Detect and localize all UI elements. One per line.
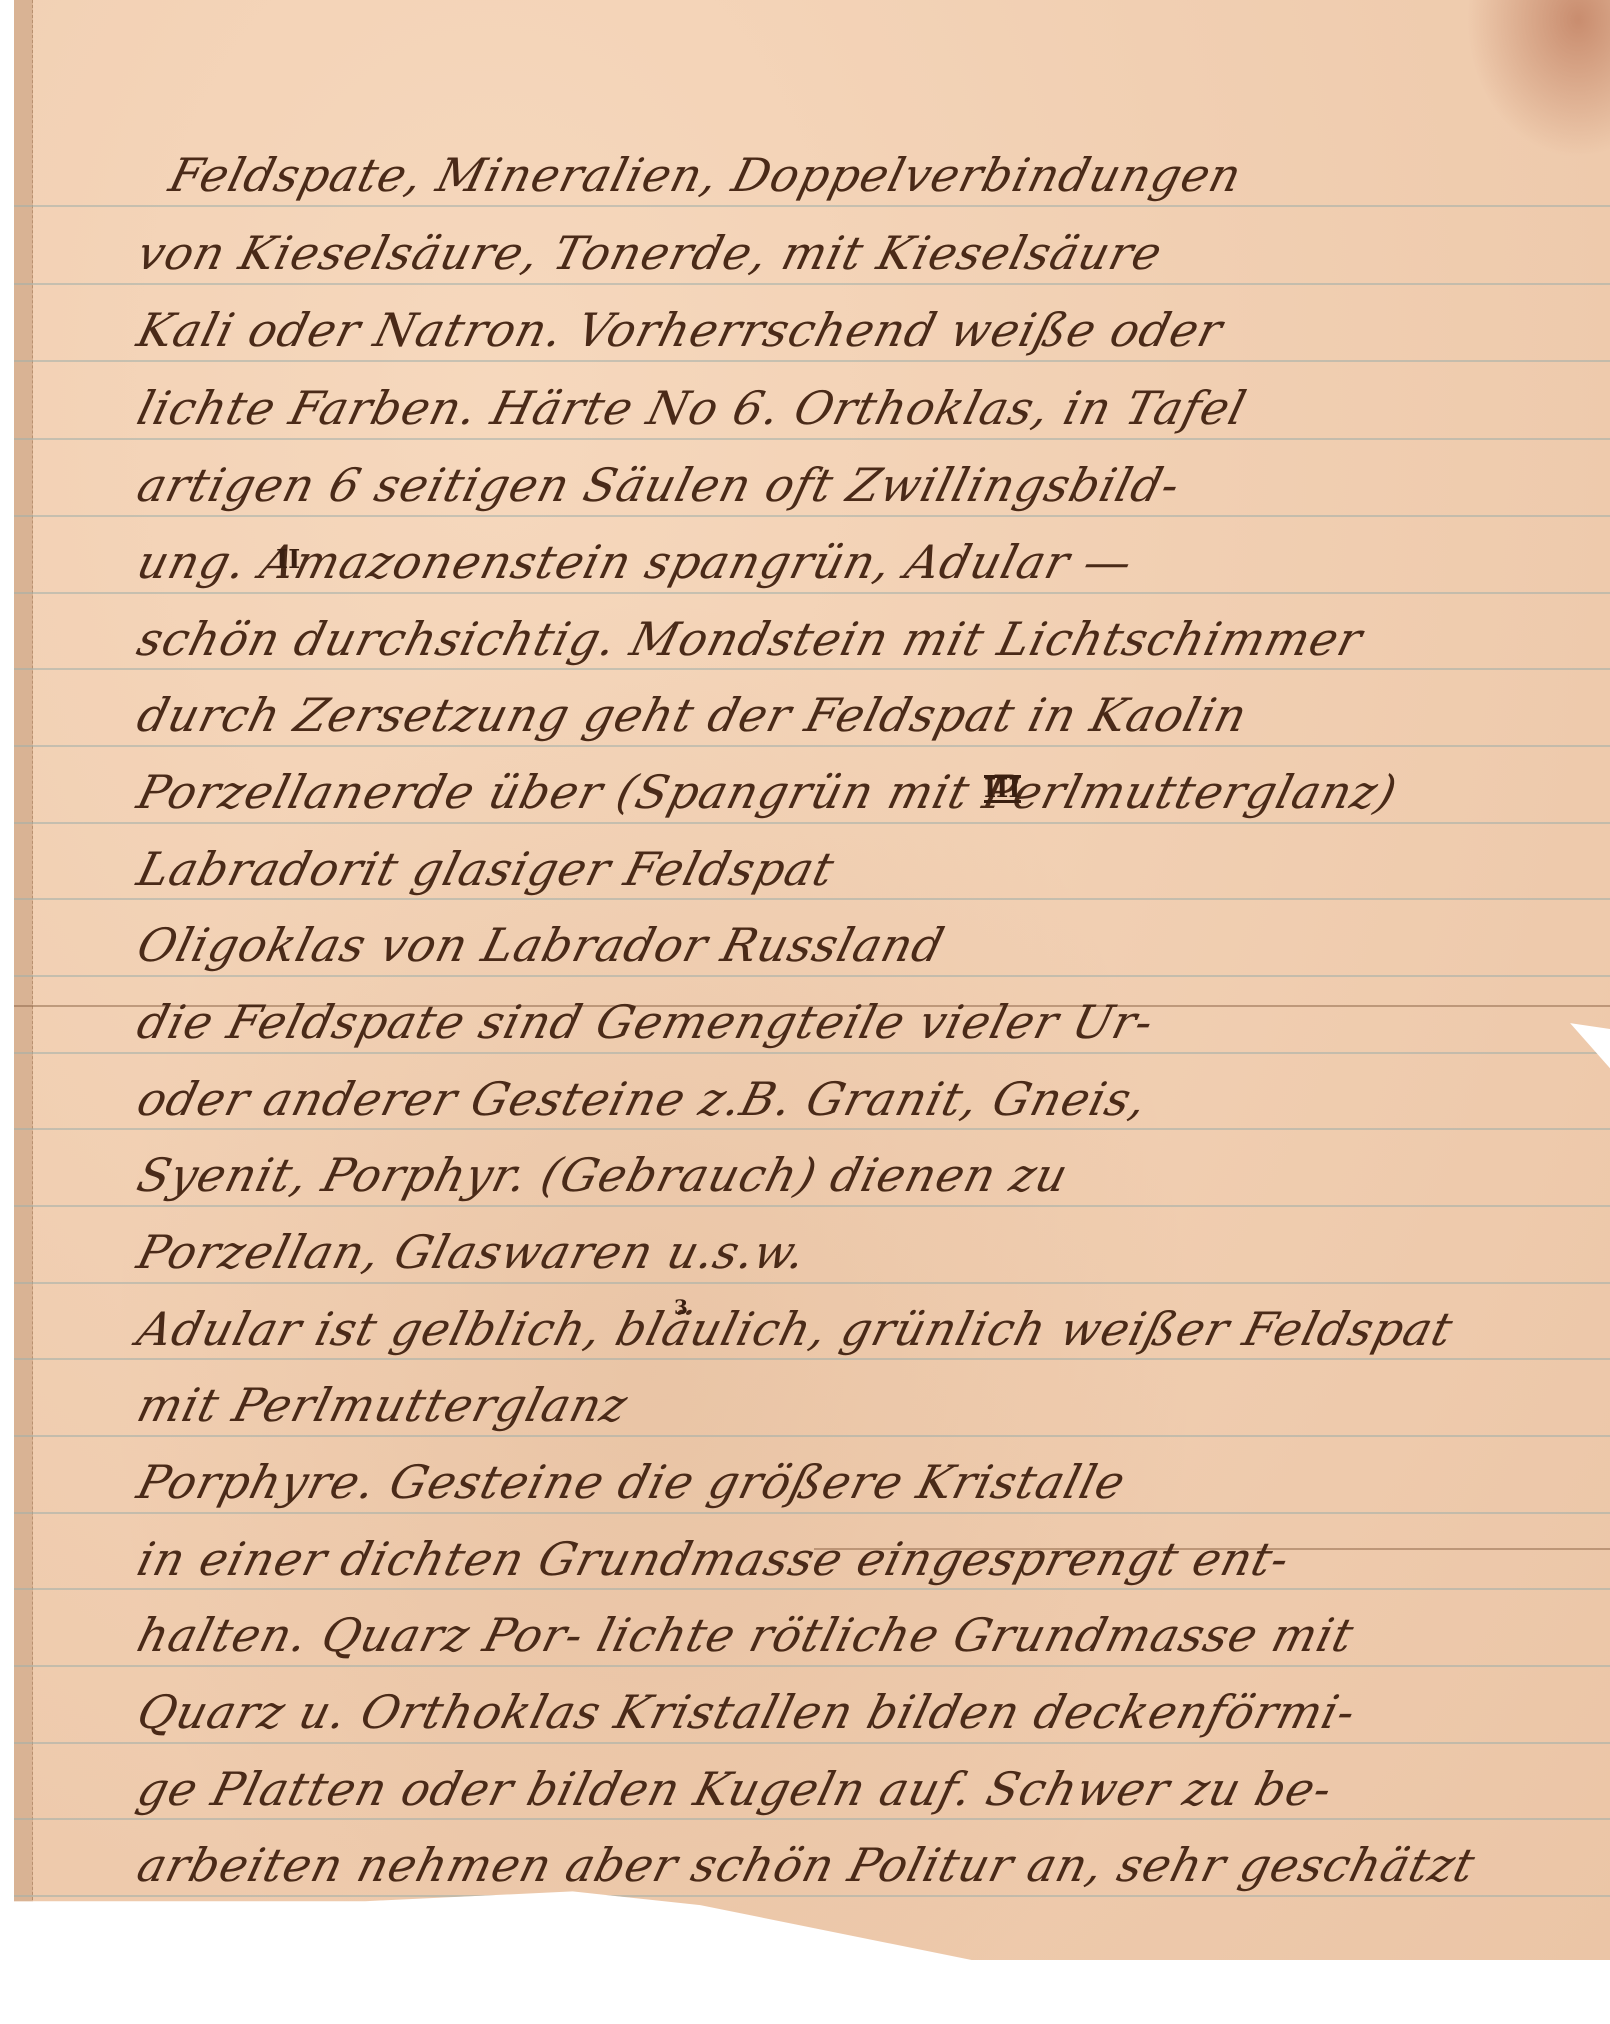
rule-line <box>14 360 1610 362</box>
handwritten-line: Feldspate, Mineralien, Doppelverbindunge… <box>164 148 1248 202</box>
rule-line <box>14 515 1610 517</box>
annotation-roman-three: III <box>984 775 1021 803</box>
rule-line <box>14 898 1610 900</box>
rule-line <box>14 1742 1610 1744</box>
rule-line <box>14 822 1610 824</box>
rule-line <box>14 668 1610 670</box>
rule-line <box>14 438 1610 440</box>
rule-line <box>14 745 1610 747</box>
rule-line <box>14 283 1610 285</box>
handwritten-line: in einer dichten Grundmasse eingesprengt… <box>132 1532 1295 1586</box>
rule-line <box>14 1895 1610 1897</box>
handwritten-line: Porzellanerde über (Spangrün mit Perlmut… <box>132 765 1403 819</box>
rule-line <box>14 592 1610 594</box>
handwritten-line: Oligoklas von Labrador Russland <box>132 918 950 972</box>
rule-line <box>14 1818 1610 1820</box>
handwritten-line: Porzellan, Glaswaren u.s.w. <box>132 1225 812 1279</box>
rule-line <box>14 1358 1610 1360</box>
handwritten-line: Kali oder Natron. Vorherrschend weiße od… <box>132 303 1229 357</box>
rule-line <box>14 1282 1610 1284</box>
rule-line <box>14 1435 1610 1437</box>
annotation-superscript-three: 3 <box>674 1295 688 1319</box>
handwritten-line: durch Zersetzung geht der Feldspat in Ka… <box>132 688 1253 742</box>
handwritten-line: lichte Farben. Härte No 6. Orthoklas, in… <box>132 381 1252 435</box>
handwritten-line: Porphyre. Gesteine die größere Kristalle <box>132 1455 1131 1509</box>
rule-line <box>14 1205 1610 1207</box>
handwritten-line: Labradorit glasiger Feldspat <box>132 842 840 896</box>
handwritten-line: Adular ist gelblich, bläulich, grünlich … <box>132 1302 1459 1356</box>
handwritten-line: Quarz u. Orthoklas Kristallen bilden dec… <box>132 1685 1362 1739</box>
handwritten-line: ge Platten oder bilden Kugeln auf. Schwe… <box>132 1762 1338 1816</box>
handwritten-line: artigen 6 seitigen Säulen oft Zwillingsb… <box>132 458 1186 512</box>
rule-line <box>14 1052 1610 1054</box>
handwritten-line: oder anderer Gesteine z.B. Granit, Gneis… <box>132 1072 1153 1126</box>
handwritten-line: halten. Quarz Por- lichte rötliche Grund… <box>132 1608 1360 1662</box>
rule-line <box>14 205 1610 207</box>
handwritten-line: mit Perlmutterglanz <box>132 1378 634 1432</box>
annotation-roman-two: II <box>276 545 300 575</box>
handwritten-line: schön durchsichtig. Mondstein mit Lichts… <box>132 612 1368 666</box>
rule-line <box>14 1512 1610 1514</box>
handwritten-line: im Bauwesen <box>132 1915 467 1969</box>
rule-line <box>14 975 1610 977</box>
notebook-page: Feldspate, Mineralien, Doppelverbindunge… <box>14 0 1610 1960</box>
handwritten-line: von Kieselsäure, Tonerde, mit Kieselsäur… <box>132 226 1168 280</box>
rule-line <box>14 1128 1610 1130</box>
handwritten-line: arbeiten nehmen aber schön Politur an, s… <box>132 1838 1481 1892</box>
handwritten-line: Syenit, Porphyr. (Gebrauch) dienen zu <box>132 1148 1074 1202</box>
rule-line <box>14 1665 1610 1667</box>
rule-line <box>14 1588 1610 1590</box>
handwritten-line: die Feldspate sind Gemengteile vieler Ur… <box>132 995 1160 1049</box>
